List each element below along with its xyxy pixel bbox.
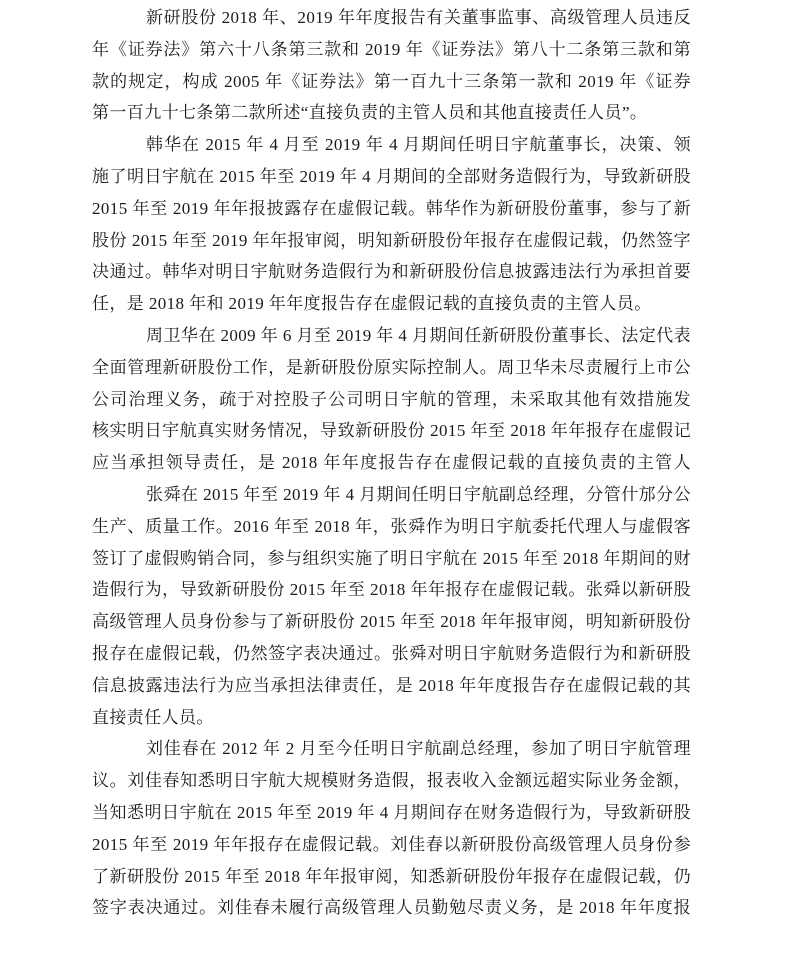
text-line: 公司治理义务，疏于对控股子公司明日宇航的管理，未采取其他有效措施发现、 bbox=[92, 384, 691, 416]
paragraph-hanhua: 韩华在 2015 年 4 月至 2019 年 4 月期间任明日宇航董事长，决策、… bbox=[92, 129, 691, 320]
text-line: 信息披露违法行为应当承担法律责任，是 2018 年年度报告存在虚假记载的其他 bbox=[92, 670, 691, 702]
text-line: 施了明日宇航在 2015 年至 2019 年 4 月期间的全部财务造假行为，导致… bbox=[92, 161, 691, 193]
text-line: 年《证券法》第六十八条第三款和 2019 年《证券法》第八十二条第三款和第四 bbox=[92, 34, 691, 66]
document-page: 新研股份 2018 年、2019 年年度报告有关董事监事、高级管理人员违反 20… bbox=[0, 0, 803, 953]
text-line: 周卫华在 2009 年 6 月至 2019 年 4 月期间任新研股份董事长、法定… bbox=[92, 320, 691, 352]
text-line: 张舜在 2015 年至 2019 年 4 月期间任明日宇航副总经理，分管什邡分公… bbox=[92, 479, 691, 511]
text-line: 生产、质量工作。2016 年至 2018 年，张舜作为明日宇航委托代理人与虚假客… bbox=[92, 511, 691, 543]
text-line: 2015 年至 2019 年年报存在虚假记载。刘佳春以新研股份高级管理人员身份参… bbox=[92, 829, 691, 861]
paragraph-zhouweihua: 周卫华在 2009 年 6 月至 2019 年 4 月期间任新研股份董事长、法定… bbox=[92, 320, 691, 479]
text-line: 应当承担领导责任，是 2018 年年度报告存在虚假记载的直接负责的主管人员。 bbox=[92, 447, 691, 479]
text-line: 签字表决通过。刘佳春未履行高级管理人员勤勉尽责义务，是 2018 年年度报告 bbox=[92, 892, 691, 924]
text-line: 签订了虚假购销合同，参与组织实施了明日宇航在 2015 年至 2018 年期间的… bbox=[92, 543, 691, 575]
text-line: 核实明日宇航真实财务情况，导致新研股份 2015 年至 2018 年年报存在虚假… bbox=[92, 415, 691, 447]
text-line: 报存在虚假记载，仍然签字表决通过。张舜对明日宇航财务造假行为和新研股份 bbox=[92, 638, 691, 670]
text-line: 韩华在 2015 年 4 月至 2019 年 4 月期间任明日宇航董事长，决策、… bbox=[92, 129, 691, 161]
text-line: 造假行为，导致新研股份 2015 年至 2018 年年报存在虚假记载。张舜以新研… bbox=[92, 574, 691, 606]
text-line: 款的规定，构成 2005 年《证券法》第一百九十三条第一款和 2019 年《证券… bbox=[92, 66, 691, 98]
paragraph-violation-determination: 新研股份 2018 年、2019 年年度报告有关董事监事、高级管理人员违反 20… bbox=[92, 2, 691, 129]
text-line: 直接责任人员。 bbox=[92, 702, 691, 734]
text-line: 当知悉明日宇航在 2015 年至 2019 年 4 月期间存在财务造假行为，导致… bbox=[92, 797, 691, 829]
text-line: 2015 年至 2019 年年报披露存在虚假记载。韩华作为新研股份董事，参与了新… bbox=[92, 193, 691, 225]
text-line: 议。刘佳春知悉明日宇航大规模财务造假，报表收入金额远超实际业务金额，应 bbox=[92, 765, 691, 797]
paragraph-liujiachun: 刘佳春在 2012 年 2 月至今任明日宇航副总经理，参加了明日宇航管理层会 议… bbox=[92, 733, 691, 924]
text-line: 决通过。韩华对明日宇航财务造假行为和新研股份信息披露违法行为承担首要责 bbox=[92, 256, 691, 288]
text-line: 新研股份 2018 年、2019 年年度报告有关董事监事、高级管理人员违反 20… bbox=[92, 2, 691, 34]
document-body: 新研股份 2018 年、2019 年年度报告有关董事监事、高级管理人员违反 20… bbox=[92, 2, 691, 924]
text-line: 任，是 2018 年和 2019 年年度报告存在虚假记载的直接负责的主管人员。 bbox=[92, 288, 691, 320]
text-line: 了新研股份 2015 年至 2018 年年报审阅，知悉新研股份年报存在虚假记载，… bbox=[92, 861, 691, 893]
text-line: 高级管理人员身份参与了新研股份 2015 年至 2018 年年报审阅，明知新研股… bbox=[92, 606, 691, 638]
text-line: 全面管理新研股份工作，是新研股份原实际控制人。周卫华未尽责履行上市公司 bbox=[92, 352, 691, 384]
text-line: 第一百九十七条第二款所述“直接负责的主管人员和其他直接责任人员”。 bbox=[92, 97, 691, 129]
text-line: 刘佳春在 2012 年 2 月至今任明日宇航副总经理，参加了明日宇航管理层会 bbox=[92, 733, 691, 765]
text-line: 股份 2015 年至 2019 年年报审阅，明知新研股份年报存在虚假记载，仍然签… bbox=[92, 225, 691, 257]
paragraph-zhangshun: 张舜在 2015 年至 2019 年 4 月期间任明日宇航副总经理，分管什邡分公… bbox=[92, 479, 691, 733]
